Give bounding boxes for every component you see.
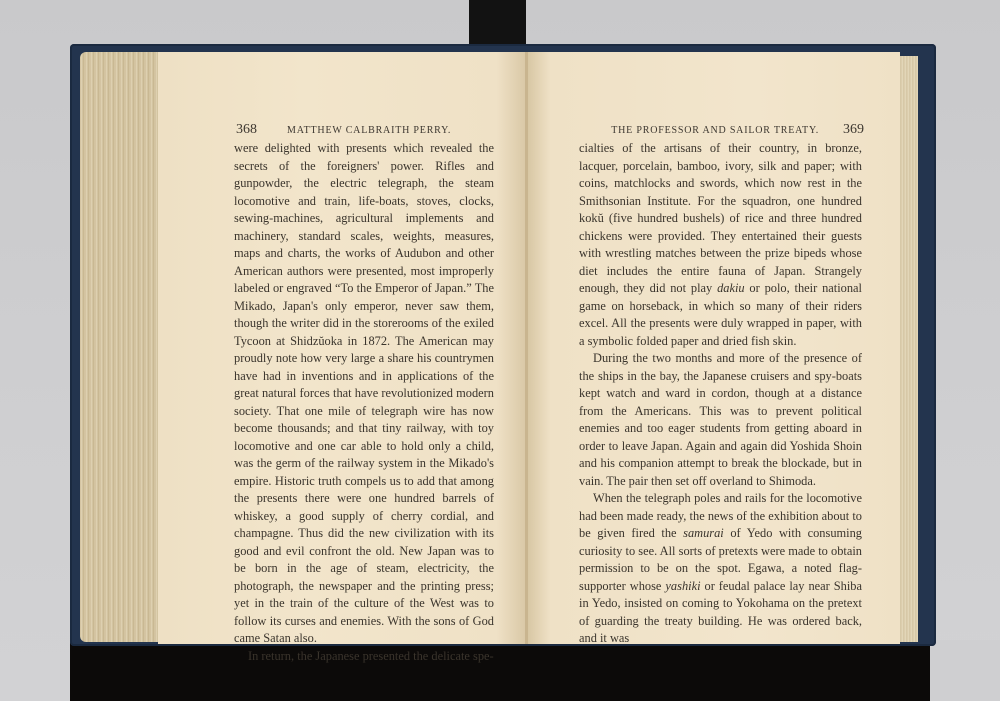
right-running-title: THE PROFESSOR AND SAILOR TREATY. xyxy=(611,125,819,136)
italic-term: yashiki xyxy=(665,579,700,593)
page-edges-right xyxy=(898,56,918,642)
right-running-head: THE PROFESSOR AND SAILOR TREATY. 369 xyxy=(582,122,864,138)
right-paragraph: During the two months and more of the pr… xyxy=(579,350,862,490)
left-page-body: were delighted with presents which revea… xyxy=(234,140,494,665)
right-page-body: cialties of the artisans of their countr… xyxy=(579,140,862,648)
left-page: 368 MATTHEW CALBRAITH PERRY. were deligh… xyxy=(158,52,526,644)
page-edges-left xyxy=(80,52,164,642)
italic-term: dakiu xyxy=(717,281,745,295)
book-shadow xyxy=(70,640,950,701)
text-run: cialties of the artisans of their countr… xyxy=(579,141,862,295)
italic-term: samurai xyxy=(683,526,724,540)
right-paragraph: When the telegraph poles and rails for t… xyxy=(579,490,862,648)
right-page: THE PROFESSOR AND SAILOR TREATY. 369 cia… xyxy=(528,52,900,644)
left-paragraph: were delighted with presents which revea… xyxy=(234,140,494,648)
right-page-number: 369 xyxy=(843,122,864,138)
left-running-head: 368 MATTHEW CALBRAITH PERRY. xyxy=(236,122,496,138)
left-page-number: 368 xyxy=(236,122,257,138)
left-running-title: MATTHEW CALBRAITH PERRY. xyxy=(287,125,451,136)
right-paragraph: cialties of the artisans of their countr… xyxy=(579,140,862,350)
background-patch xyxy=(930,640,1000,701)
left-paragraph: In return, the Japanese presented the de… xyxy=(234,648,494,666)
